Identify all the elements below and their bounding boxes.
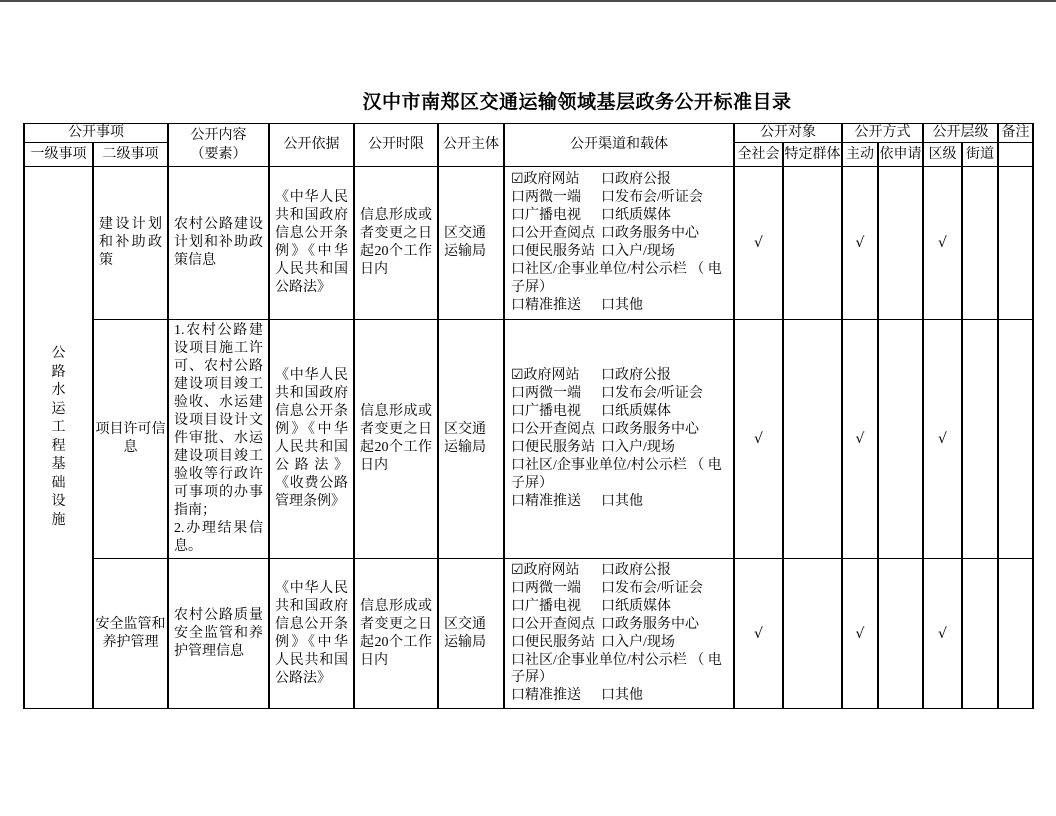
channel-reading-point: 口公开查阅点 [511,616,601,634]
channel-list: ☑政府网站口政府公报 口两微一端口发布会/听证会 口广播电视口纸质媒体 口公开查… [505,364,733,513]
row3-channels: ☑政府网站口政府公报 口两微一端口发布会/听证会 口广播电视口纸质媒体 口公开查… [504,559,734,709]
channel-community-board: 口社区/企事业单位/村公示栏 （ 电子屏） [511,457,727,493]
catalog-table: 公开事项 公开内容 （要素） 公开依据 公开时限 公开主体 公开渠道和载体 公开… [23,123,1034,709]
channel-line: 口公开查阅点口政务服务中心 [511,225,727,243]
row3-second-level: 安全监管和养护管理 [93,559,168,709]
row2-content-item-1: 1.农村公路建设项目施工许可、农村公路建设项目竣工验收、水运建设项目设计文件审批… [169,320,268,520]
header-public-matters: 公开事项 [24,124,168,143]
header-first-level: 一级事项 [24,143,93,167]
channel-line: 口两微一端口发布会/听证会 [511,189,727,207]
row1-time-limit: 信息形成或者变更之日起20个工作日内 [354,167,438,320]
channel-govt-gazette: 口政府公报 [601,171,727,189]
channel-govt-website: ☑政府网站 [511,367,601,385]
channel-community-board: 口社区/企事业单位/村公示栏 （ 电子屏） [511,261,727,297]
channel-service-center: 口政务服务中心 [601,616,727,634]
channel-onsite: 口入户/现场 [601,243,727,261]
channel-other: 口其他 [601,297,727,315]
channel-line: 口精准推送口其他 [511,687,727,705]
row3-target-specific-mark [783,559,842,709]
row3-target-all-mark: √ [734,559,783,709]
channel-paper-media: 口纸质媒体 [601,207,727,225]
row2-method-active-mark: √ [842,320,878,559]
channel-list: ☑政府网站口政府公报 口两微一端口发布会/听证会 口广播电视口纸质媒体 口公开查… [505,168,733,317]
channel-line: 口公开查阅点口政务服务中心 [511,616,727,634]
header-remark: 备注 [998,124,1033,143]
channel-govt-gazette: 口政府公报 [601,562,727,580]
row3-level-district-mark: √ [923,559,962,709]
row1-target-specific-mark [783,167,842,320]
channel-paper-media: 口纸质媒体 [601,598,727,616]
channel-line: ☑政府网站口政府公报 [511,171,727,189]
header-basis: 公开依据 [269,124,354,167]
channel-line: 口便民服务站口入户/现场 [511,439,727,457]
channel-line: 口精准推送口其他 [511,493,727,511]
channel-service-center: 口政务服务中心 [601,421,727,439]
channel-precise-push: 口精准推送 [511,297,601,315]
channel-two-micro: 口两微一端 [511,385,601,403]
row3-content: 农村公路质量安全监管和养护管理信息 [168,559,269,709]
channel-precise-push: 口精准推送 [511,687,601,705]
channel-line: 口两微一端口发布会/听证会 [511,385,727,403]
channel-two-micro: 口两微一端 [511,189,601,207]
channel-service-station: 口便民服务站 [511,634,601,652]
channel-line: 口便民服务站口入户/现场 [511,243,727,261]
channel-line: 口公开查阅点口政务服务中心 [511,421,727,439]
channel-service-center: 口政务服务中心 [601,225,727,243]
row1-level-district-mark: √ [923,167,962,320]
row1-channels: ☑政府网站口政府公报 口两微一端口发布会/听证会 口广播电视口纸质媒体 口公开查… [504,167,734,320]
row1-target-all-mark: √ [734,167,783,320]
channel-other: 口其他 [601,687,727,705]
header-content-line2: （要素） [169,145,268,164]
row3-subject: 区交通运输局 [438,559,504,709]
channel-two-micro: 口两微一端 [511,580,601,598]
channel-line: 口广播电视口纸质媒体 [511,598,727,616]
row1-method-active-mark: √ [842,167,878,320]
channel-line: 口广播电视口纸质媒体 [511,207,727,225]
header-content-line1: 公开内容 [169,126,268,145]
header-level-district: 区级 [923,143,962,167]
row2-remark [998,320,1033,559]
row2-time-limit: 信息形成或者变更之日起20个工作日内 [354,320,438,559]
header-remark-sub [998,143,1033,167]
page-top-edge [0,0,1056,2]
header-level-street: 街道 [962,143,998,167]
row1-method-request-mark [878,167,923,320]
row3-level-street-mark [962,559,998,709]
row3-time-limit: 信息形成或者变更之日起20个工作日内 [354,559,438,709]
page-title: 汉中市南郑区交通运输领域基层政务公开标准目录 [0,91,1056,115]
row3-method-active-mark: √ [842,559,878,709]
row2-method-request-mark [878,320,923,559]
row2-basis: 《中华人民共和国政府信息公开条例》《中华人民共和国公路法》《收费公路管理条例》 [269,320,354,559]
row1-subject: 区交通运输局 [438,167,504,320]
channel-community-board: 口社区/企事业单位/村公示栏 （ 电子屏） [511,652,727,688]
header-target-all: 全社会 [734,143,783,167]
row3-remark [998,559,1033,709]
channel-other: 口其他 [601,493,727,511]
channel-service-station: 口便民服务站 [511,243,601,261]
row2-content: 1.农村公路建设项目施工许可、农村公路建设项目竣工验收、水运建设项目设计文件审批… [168,320,269,559]
header-target-group: 公开对象 [734,124,842,143]
header-method-group: 公开方式 [842,124,923,143]
channel-line: ☑政府网站口政府公报 [511,367,727,385]
row2-level-district-mark: √ [923,320,962,559]
row3-method-request-mark [878,559,923,709]
row2-target-all-mark: √ [734,320,783,559]
header-method-request: 依申请 [878,143,923,167]
table-row-3: 安全监管和养护管理 农村公路质量安全监管和养护管理信息 《中华人民共和国政府信息… [24,559,1033,709]
table-row-2: 项目许可信息 1.农村公路建设项目施工许可、农村公路建设项目竣工验收、水运建设项… [24,320,1033,559]
row3-basis: 《中华人民共和国政府信息公开条例》《中华人民共和国公路法》 [269,559,354,709]
channel-line: 口广播电视口纸质媒体 [511,403,727,421]
channel-govt-website: ☑政府网站 [511,562,601,580]
first-level-vertical-text: 公路水运工程基础设施 [51,345,66,530]
channel-govt-website: ☑政府网站 [511,171,601,189]
row2-channels: ☑政府网站口政府公报 口两微一端口发布会/听证会 口广播电视口纸质媒体 口公开查… [504,320,734,559]
row2-level-street-mark [962,320,998,559]
header-method-active: 主动 [842,143,878,167]
header-row-1: 公开事项 公开内容 （要素） 公开依据 公开时限 公开主体 公开渠道和载体 公开… [24,124,1033,143]
channel-line: ☑政府网站口政府公报 [511,562,727,580]
header-level-group: 公开层级 [923,124,998,143]
channel-line: 口便民服务站口入户/现场 [511,634,727,652]
row1-content: 农村公路建设计划和补助政策信息 [168,167,269,320]
header-time-limit: 公开时限 [354,124,438,167]
header-target-specific: 特定群体 [783,143,842,167]
channel-line: 口两微一端口发布会/听证会 [511,580,727,598]
row1-level-street-mark [962,167,998,320]
table-row-1: 公路水运工程基础设施 建设计划和补助政策 农村公路建设计划和补助政策信息 《中华… [24,167,1033,320]
row2-content-item-2: 2.办理结果信息。 [169,520,268,558]
row1-remark [998,167,1033,320]
channel-onsite: 口入户/现场 [601,439,727,457]
row1-second-level: 建设计划和补助政策 [93,167,168,320]
channel-precise-push: 口精准推送 [511,493,601,511]
channel-press-hearing: 口发布会/听证会 [601,385,727,403]
cell-first-level-item: 公路水运工程基础设施 [24,167,93,709]
channel-service-station: 口便民服务站 [511,439,601,457]
channel-reading-point: 口公开查阅点 [511,421,601,439]
channel-list: ☑政府网站口政府公报 口两微一端口发布会/听证会 口广播电视口纸质媒体 口公开查… [505,559,733,708]
header-content: 公开内容 （要素） [168,124,269,167]
row2-second-level: 项目许可信息 [93,320,168,559]
header-subject: 公开主体 [438,124,504,167]
channel-govt-gazette: 口政府公报 [601,367,727,385]
channel-reading-point: 口公开查阅点 [511,225,601,243]
channel-radio-tv: 口广播电视 [511,403,601,421]
channel-paper-media: 口纸质媒体 [601,403,727,421]
channel-onsite: 口入户/现场 [601,634,727,652]
channel-radio-tv: 口广播电视 [511,598,601,616]
channel-line: 口精准推送口其他 [511,297,727,315]
channel-press-hearing: 口发布会/听证会 [601,189,727,207]
header-second-level: 二级事项 [93,143,168,167]
row2-subject: 区交通运输局 [438,320,504,559]
row1-basis: 《中华人民共和国政府信息公开条例》《中华人民共和国公路法》 [269,167,354,320]
header-channels: 公开渠道和载体 [504,124,734,167]
row2-target-specific-mark [783,320,842,559]
channel-press-hearing: 口发布会/听证会 [601,580,727,598]
channel-radio-tv: 口广播电视 [511,207,601,225]
